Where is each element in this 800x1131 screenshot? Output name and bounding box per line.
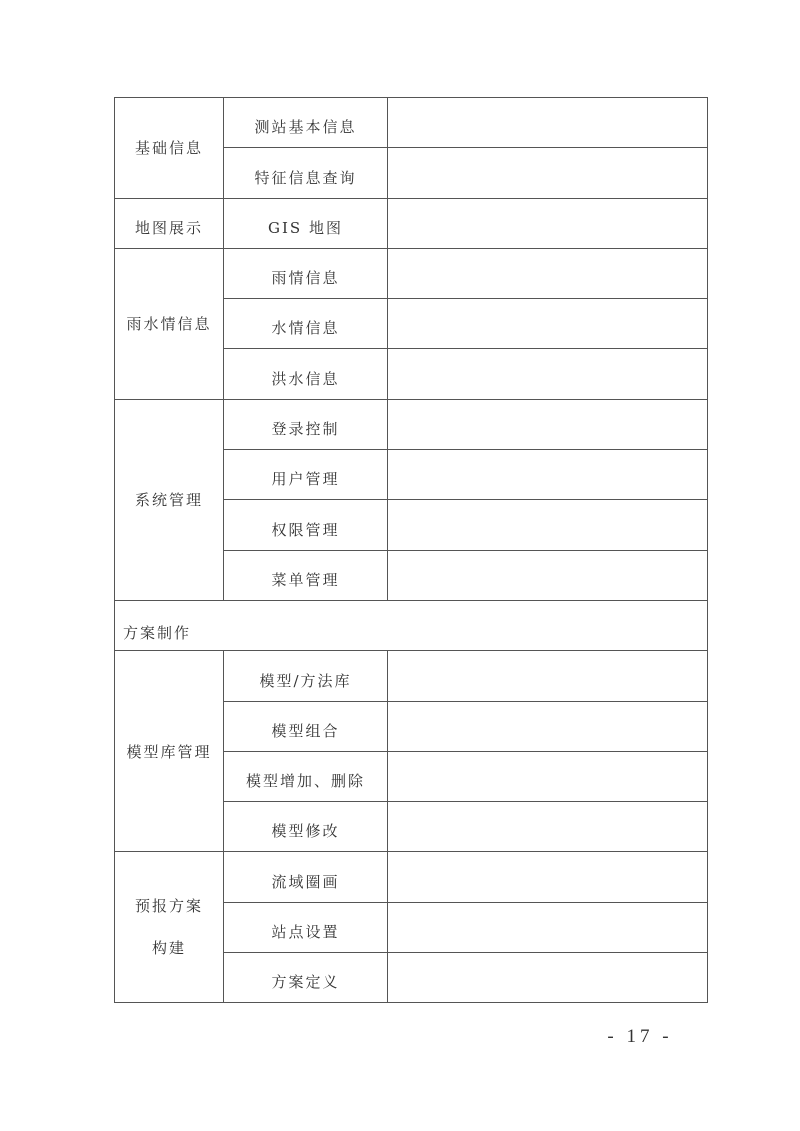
item-cell: GIS 地图 [224, 198, 388, 248]
table-row: 基础信息 测站基本信息 [115, 98, 708, 148]
blank-cell [388, 299, 708, 349]
table-row: 模型库管理 模型/方法库 [115, 651, 708, 701]
category-line-2: 构建 [115, 927, 223, 969]
category-cell: 模型库管理 [115, 651, 224, 852]
blank-cell [388, 651, 708, 701]
table-row: 地图展示 GIS 地图 [115, 198, 708, 248]
blank-cell [388, 198, 708, 248]
category-cell: 系统管理 [115, 399, 224, 600]
item-cell: 用户管理 [224, 450, 388, 500]
category-cell: 地图展示 [115, 198, 224, 248]
item-cell: 权限管理 [224, 500, 388, 550]
table-row: 系统管理 登录控制 [115, 399, 708, 449]
item-cell: 洪水信息 [224, 349, 388, 399]
item-cell: 雨情信息 [224, 248, 388, 298]
blank-cell [388, 500, 708, 550]
blank-cell [388, 399, 708, 449]
item-cell: 模型组合 [224, 701, 388, 751]
blank-cell [388, 802, 708, 852]
page-number: - 17 - [600, 1026, 680, 1048]
blank-cell [388, 98, 708, 148]
item-cell: 菜单管理 [224, 550, 388, 600]
item-cell: 模型修改 [224, 802, 388, 852]
table-row: 雨水情信息 雨情信息 [115, 248, 708, 298]
table-row: 预报方案 构建 流域圈画 [115, 852, 708, 902]
category-cell: 雨水情信息 [115, 248, 224, 399]
item-cell: 站点设置 [224, 902, 388, 952]
item-cell: 模型/方法库 [224, 651, 388, 701]
item-cell: 特征信息查询 [224, 148, 388, 198]
blank-cell [388, 953, 708, 1003]
function-table: 基础信息 测站基本信息 特征信息查询 地图展示 GIS 地图 雨水情信息 雨情信… [114, 97, 708, 1003]
category-cell: 基础信息 [115, 98, 224, 199]
section-header: 方案制作 [115, 600, 708, 650]
blank-cell [388, 550, 708, 600]
item-cell: 水情信息 [224, 299, 388, 349]
category-line-1: 预报方案 [115, 885, 223, 927]
item-cell: 测站基本信息 [224, 98, 388, 148]
section-header-row: 方案制作 [115, 600, 708, 650]
blank-cell [388, 349, 708, 399]
blank-cell [388, 751, 708, 801]
blank-cell [388, 248, 708, 298]
blank-cell [388, 852, 708, 902]
category-cell: 预报方案 构建 [115, 852, 224, 1003]
blank-cell [388, 902, 708, 952]
blank-cell [388, 148, 708, 198]
blank-cell [388, 450, 708, 500]
item-cell: 模型增加、删除 [224, 751, 388, 801]
item-cell: 流域圈画 [224, 852, 388, 902]
item-cell: 登录控制 [224, 399, 388, 449]
item-cell: 方案定义 [224, 953, 388, 1003]
blank-cell [388, 701, 708, 751]
